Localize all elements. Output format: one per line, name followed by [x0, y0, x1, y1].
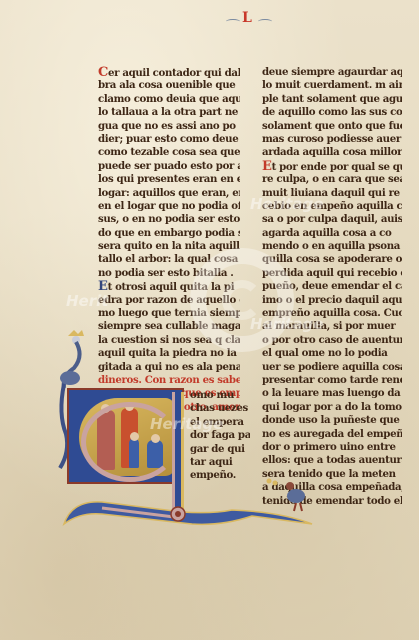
- historiated-initial: [67, 388, 184, 484]
- text-line: omo mu: [190, 389, 250, 402]
- text-line: tar aqui: [190, 456, 250, 469]
- text-line: mas curoso podiesse auer go: [262, 133, 402, 146]
- text-line: solament que onto que fuesse: [262, 120, 402, 133]
- text-line: sera quito en la nita aquill q: [98, 240, 240, 253]
- watermark-logo-inner: [222, 280, 262, 320]
- text-line: do que en embargo podia sos: [98, 227, 240, 240]
- text-line: ellos: que a todas auenturas: [262, 454, 402, 467]
- flourish-right-icon: [258, 19, 272, 24]
- text-line: dineros. Con razon es saber: [98, 374, 240, 387]
- flourish-left-icon: [226, 19, 240, 24]
- text-line: no es auregada del empeña: [262, 428, 402, 441]
- text-line: lo tallaua a la otra part ne: [98, 106, 240, 119]
- text-line: gitada a qui no es ala pena de: [98, 361, 240, 374]
- text-line: donde uso la puñeste que: [262, 414, 402, 427]
- watermark-text: Heritage: [250, 315, 323, 333]
- text-line: presentar como tarde rendio: [262, 374, 402, 387]
- text-line: re culpa, o en cara que sea: [262, 173, 402, 186]
- text-line: lo muit cuerdament. m ain: [262, 79, 402, 92]
- manuscript-page: L Cer aquil contador qui dalla obra ala …: [0, 0, 419, 640]
- text-line: ple tant solament que aguar: [262, 93, 402, 106]
- text-line: mendo o en aquilla psona a: [262, 240, 402, 253]
- text-line: empeño.: [190, 469, 250, 482]
- text-line: agarda aquilla cosa a co: [262, 227, 402, 240]
- text-line: en el logar que no podia ofz: [98, 200, 240, 213]
- text-line: como tezable cosa sea que: [98, 146, 240, 159]
- text-line: de aquillo como las sus cosas: [262, 106, 402, 119]
- folio-number: L: [226, 10, 272, 32]
- text-line: el qual ome no lo podia: [262, 347, 402, 360]
- text-line: bra ala cosa ouenible que: [98, 79, 240, 92]
- text-line: dier; puar esto como deue: [98, 133, 240, 146]
- small-bird-icon: [266, 478, 316, 518]
- text-line: chas uezes: [190, 402, 250, 415]
- text-line: sus, o en no podia ser esto di: [98, 213, 240, 226]
- text-column-left: Cer aquil contador qui dalla obra ala co…: [98, 66, 240, 414]
- text-line: quilla cosa se apoderare o fuere: [262, 253, 402, 266]
- text-line: dor o primero uino entre: [262, 441, 402, 454]
- text-line: o por otro caso de auentura: [262, 334, 402, 347]
- watermark-text: Herit: [66, 292, 108, 310]
- text-line: uer se podiere aquilla cosa en: [262, 361, 402, 374]
- initial-stem: [172, 392, 184, 510]
- text-line: los qui presentes eran en el: [98, 173, 240, 186]
- text-line: puede ser puado esto por aqu: [98, 160, 240, 173]
- text-line: Cer aquil contador qui dalla o: [98, 66, 240, 79]
- text-column-left-lower: omo muchas uezesel emperador faga pagar …: [190, 389, 250, 483]
- rubricated-initial: E: [262, 160, 272, 173]
- text-line: gar de qui: [190, 443, 250, 456]
- text-line: clamo como deuia que aqui: [98, 93, 240, 106]
- text-line: o la leuare mas luengo da: [262, 387, 402, 400]
- text-line: sa o por culpa daquil, auiso: [262, 213, 402, 226]
- text-line: logar: aquillos que eran, era: [98, 187, 240, 200]
- letter-c-arch: [81, 402, 179, 482]
- folio-letter: L: [242, 10, 252, 26]
- text-line: aquil quita la piedra no la: [98, 347, 240, 360]
- watermark-text: Heritage: [150, 415, 223, 433]
- watermark-text: Heritage: [250, 195, 323, 213]
- text-line: deue siempre agaurdar aqu: [262, 66, 402, 79]
- text-line: gua que no es assi ano po: [98, 120, 240, 133]
- text-line: qui logar por a do la tomo o: [262, 401, 402, 414]
- text-line: ardada aquilla cosa millor.: [262, 146, 402, 159]
- rubricated-initial: C: [98, 66, 108, 79]
- text-line: Et por ende por qual se que: [262, 160, 402, 173]
